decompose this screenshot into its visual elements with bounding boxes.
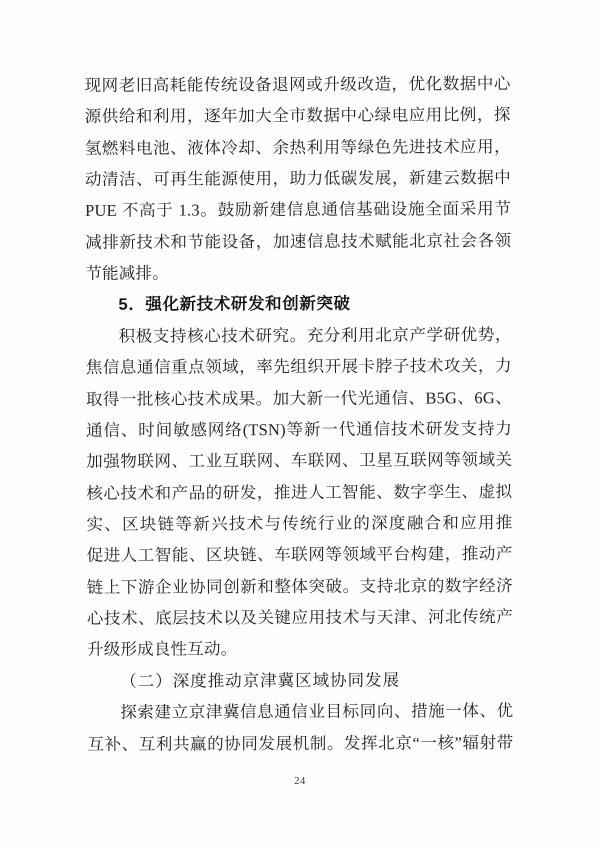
text-line: 心技术、底层技术以及关键应用技术与天津、河北传统产业 bbox=[87, 601, 513, 634]
text-block: 现网老旧高耗能传统设备退网或升级改造，优化数据中心能 源供给和利用，逐年加大全市… bbox=[84, 68, 513, 760]
text-line: 通信、时间敏感网络(TSN)等新一代通信技术研发支持力度， bbox=[86, 413, 512, 446]
text-line: 源供给和利用，逐年加大全市数据中心绿电应用比例，探索 bbox=[85, 99, 511, 132]
text-line: 实、区块链等新兴技术与传统行业的深度融合和应用推广。 bbox=[86, 507, 512, 540]
page-number: 24 bbox=[0, 776, 600, 787]
text-line: 链上下游企业协同创新和整体突破。支持北京的数字经济核 bbox=[87, 570, 513, 603]
heading-numbered: 5．强化新技术研发和创新突破 bbox=[85, 288, 511, 321]
text-line: 促进人工智能、区块链、车联网等领域平台构建，推动产业 bbox=[87, 538, 513, 571]
text-line: 积极支持核心技术研究。充分利用北京产学研优势，聚 bbox=[86, 319, 512, 352]
text-line: 减排新技术和节能设备，加速信息技术赋能北京社会各领域 bbox=[85, 225, 511, 258]
text-line: PUE 不高于 1.3。鼓励新建信息通信基础设施全面采用节能 bbox=[85, 194, 511, 227]
heading-section: （二）深度推动京津冀区域协同发展 bbox=[87, 664, 513, 697]
text-line: 焦信息通信重点领域，率先组织开展卡脖子技术攻关，力争 bbox=[86, 350, 512, 383]
text-line: 升级形成良性互动。 bbox=[87, 633, 513, 666]
text-line: 氢燃料电池、液体冷却、余热利用等绿色先进技术应用，推 bbox=[85, 131, 511, 164]
text-line: 取得一批核心技术成果。加大新一代光通信、B5G、6G、量子 bbox=[86, 382, 512, 415]
document-page: 现网老旧高耗能传统设备退网或升级改造，优化数据中心能 源供给和利用，逐年加大全市… bbox=[0, 0, 600, 848]
text-line: 动清洁、可再生能源使用，助力低碳发展，新建云数据中心 bbox=[85, 162, 511, 195]
text-line: 现网老旧高耗能传统设备退网或升级改造，优化数据中心能 bbox=[84, 68, 510, 101]
text-line: 节能减排。 bbox=[85, 256, 511, 289]
text-line: 探索建立京津冀信息通信业目标同向、措施一体、优势 bbox=[87, 695, 513, 728]
text-line: 核心技术和产品的研发，推进人工智能、数字孪生、虚拟现 bbox=[86, 476, 512, 509]
text-line: 互补、互利共赢的协同发展机制。发挥北京“一核”辐射带 bbox=[87, 727, 513, 760]
text-line: 加强物联网、工业互联网、车联网、卫星互联网等领域关键 bbox=[86, 444, 512, 477]
